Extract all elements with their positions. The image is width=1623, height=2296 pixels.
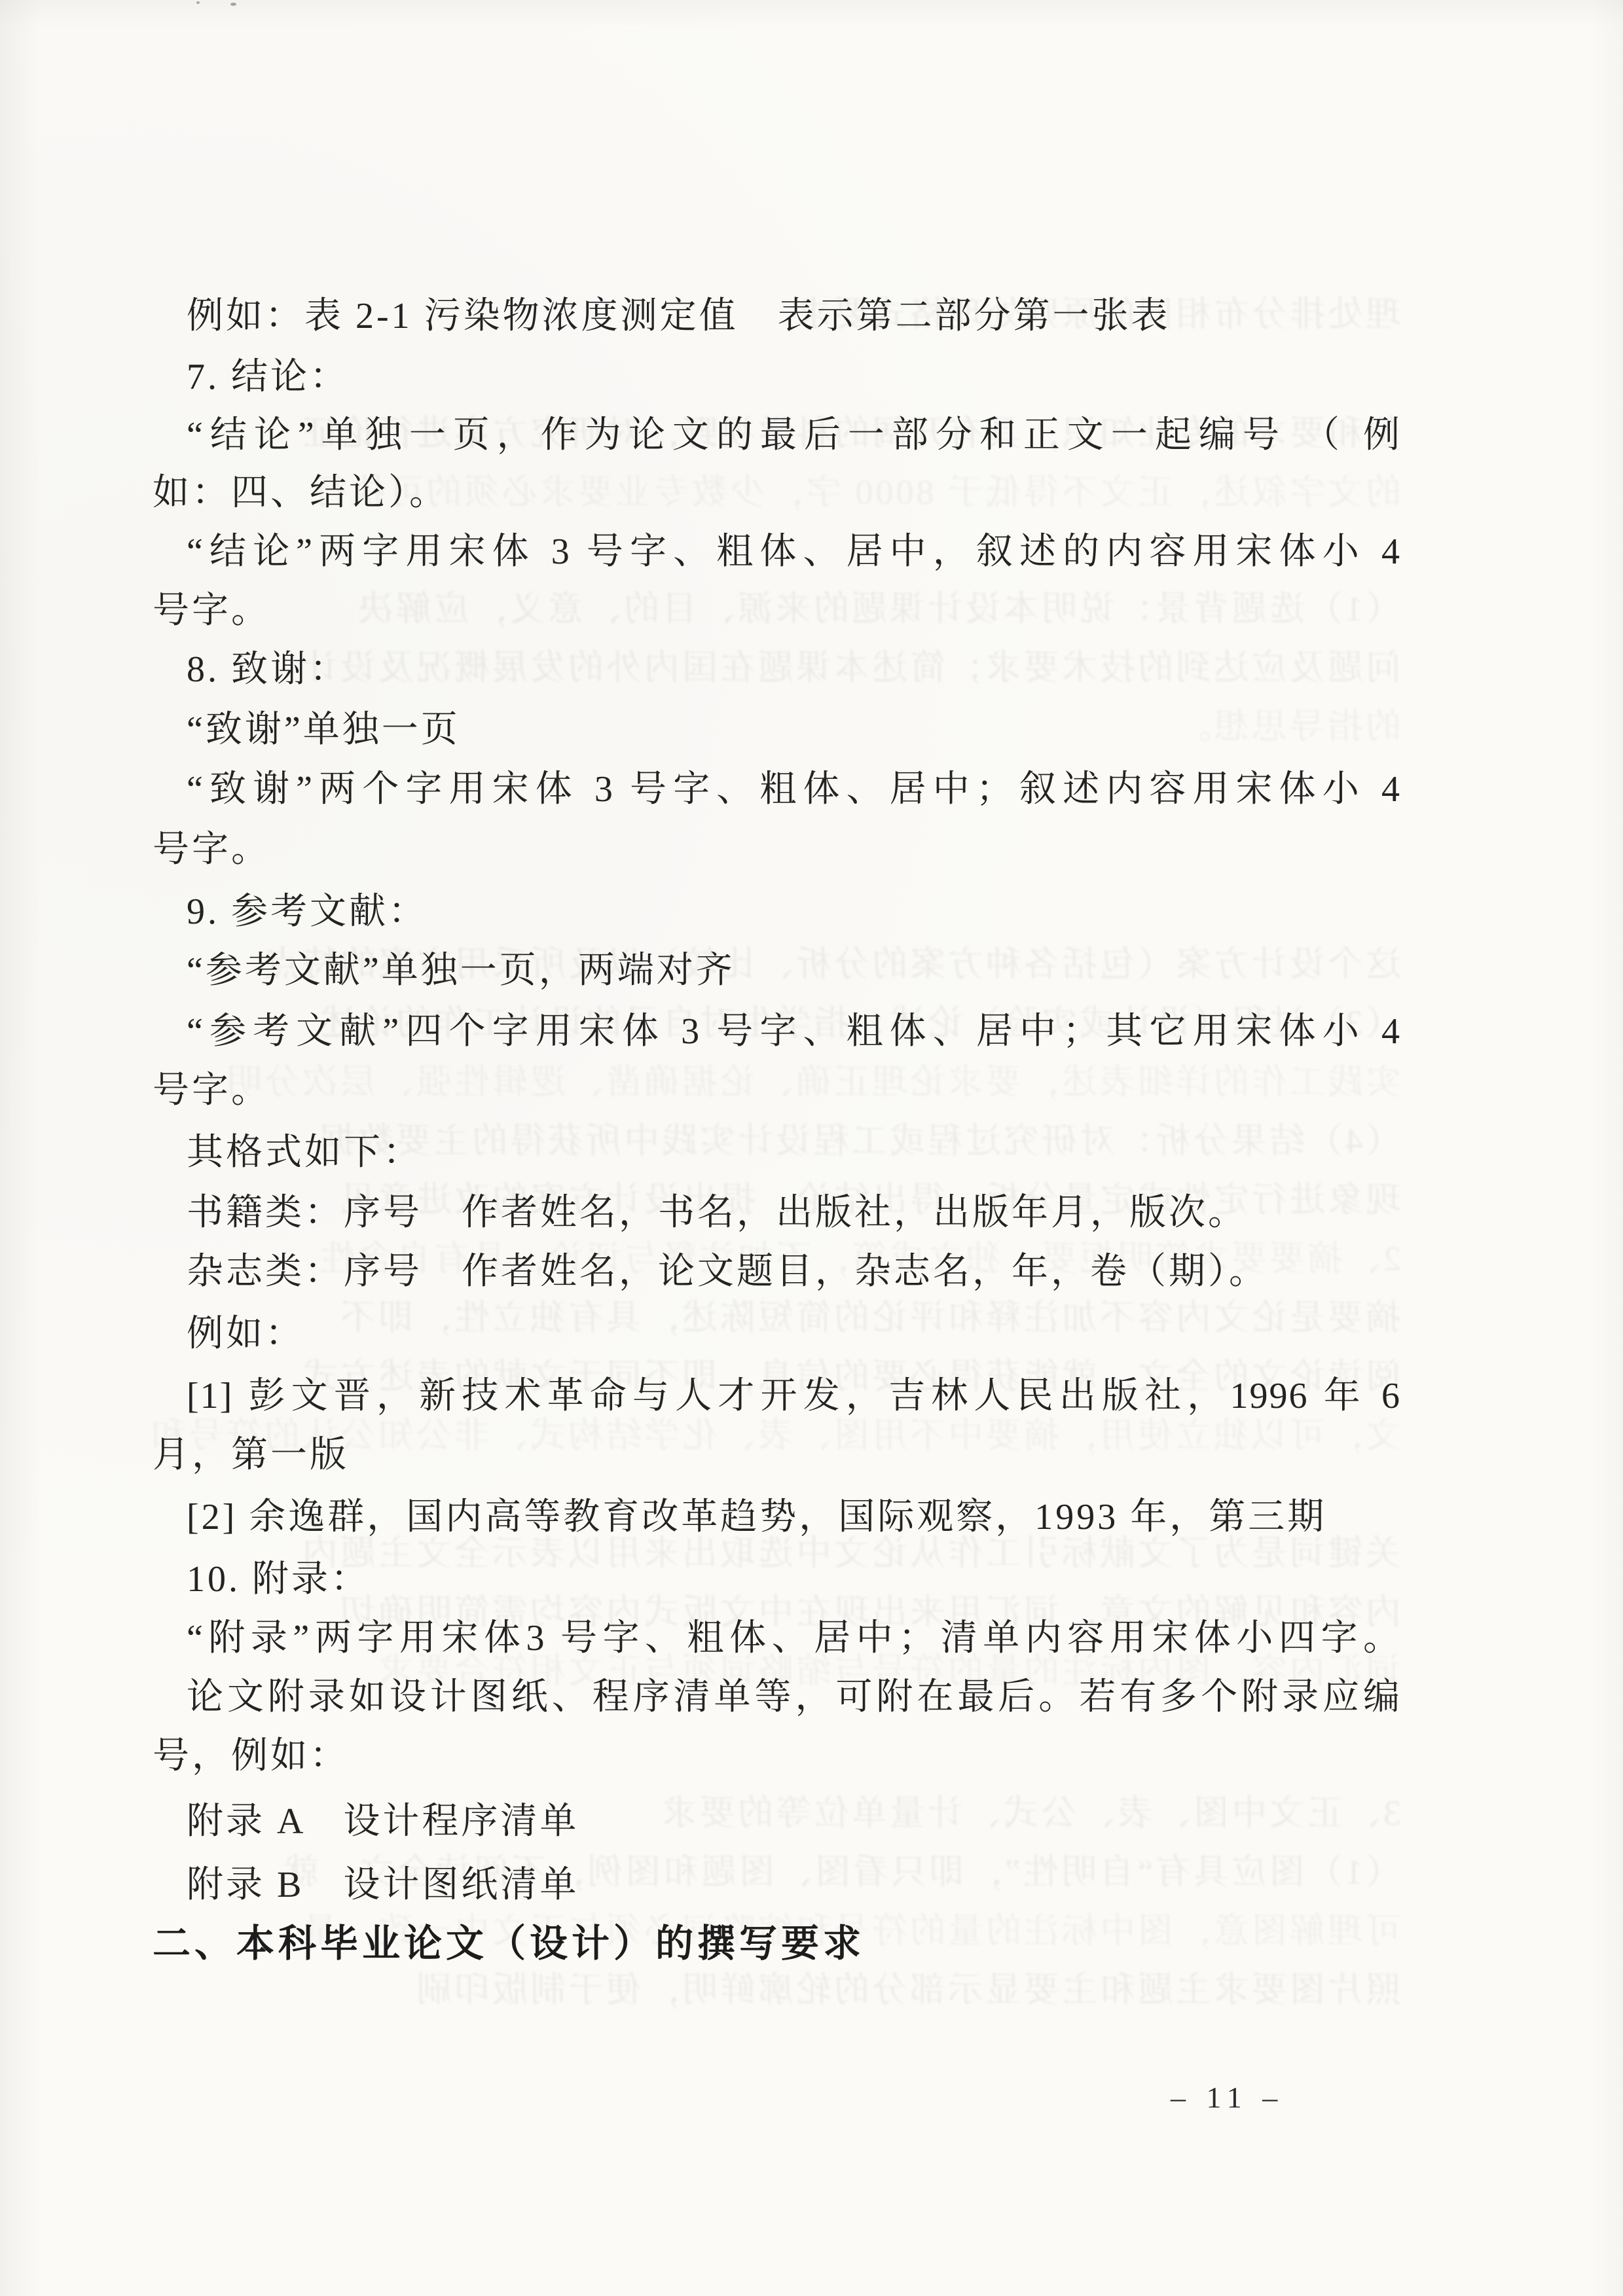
text-line: 7. 结论： <box>153 353 1401 401</box>
text-line: “附录”两字用宋体3 号字、粗体、居中；清单内容用宋体小四字。 <box>153 1615 1401 1662</box>
text-line: “参考文献”四个字用宋体 3 号字、粗体、居中；其它用宋体小 4 <box>153 1008 1401 1056</box>
document-text-block: 例如：表 2-1 污染物浓度测定值 表示第二部分第一张表7. 结论：“结论”单独… <box>153 0 1401 2296</box>
text-line: 号字。 <box>153 826 1401 874</box>
text-line: “结论”单独一页，作为论文的最后一部分和正文一起编号 （ 例 <box>153 412 1401 459</box>
text-line: 例如： <box>153 1310 1401 1358</box>
text-line: 如：四、结论）。 <box>153 469 1401 517</box>
text-line: 号字。 <box>153 1067 1401 1115</box>
text-line: 号，例如： <box>153 1732 1401 1780</box>
page-number: – 11 – <box>1171 2080 1284 2115</box>
text-line: 号字。 <box>153 587 1401 635</box>
section-heading: 二、本科毕业论文（设计）的撰写要求 <box>153 1919 1401 1968</box>
text-line: “致谢”两个字用宋体 3 号字、粗体、居中；叙述内容用宋体小 4 <box>153 766 1401 814</box>
text-line: 附录 B 设计图纸清单 <box>153 1861 1401 1909</box>
text-line: [1] 彭文晋，新技术革命与人才开发，吉林人民出版社，1996 年 6 <box>153 1372 1401 1420</box>
text-line: 月，第一版 <box>153 1431 1401 1479</box>
text-line: 书籍类：序号 作者姓名，书名，出版社，出版年月，版次。 <box>153 1189 1401 1237</box>
text-line: 9. 参考文献： <box>153 888 1401 936</box>
text-line: 杂志类：序号 作者姓名，论文题目，杂志名，年，卷（期）。 <box>153 1248 1401 1296</box>
text-line: 附录 A 设计程序清单 <box>153 1798 1401 1846</box>
scanned-page: 理处排分布相同的原则处理格式要求位和要求的专业知识，具有开阔的科学视野，对研究方… <box>0 0 1623 2296</box>
text-line: “结论”两字用宋体 3 号字、粗体、居中，叙述的内容用宋体小 4 <box>153 528 1401 576</box>
text-line: 8. 致谢： <box>153 646 1401 694</box>
text-line: “致谢”单独一页 <box>153 706 1401 754</box>
text-line: 论文附录如设计图纸、程序清单等，可附在最后。若有多个附录应编 <box>153 1674 1401 1721</box>
text-line: 其格式如下： <box>153 1129 1401 1177</box>
text-line: “参考文献”单独一页，两端对齐 <box>153 947 1401 995</box>
text-line: 10. 附录： <box>153 1556 1401 1604</box>
text-line: [2] 余逸群，国内高等教育改革趋势，国际观察，1993 年，第三期 <box>153 1494 1401 1541</box>
text-line: 例如：表 2-1 污染物浓度测定值 表示第二部分第一张表 <box>153 293 1401 340</box>
